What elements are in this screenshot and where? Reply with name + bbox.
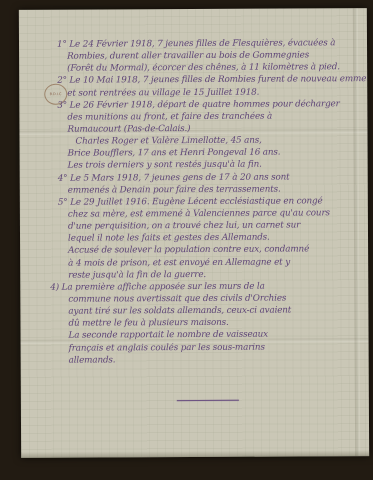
handwritten-text-block: 1° Le 24 Février 1918, 7 jeunes filles d…: [49, 37, 365, 401]
ink-divider: [177, 400, 239, 401]
manuscript-line: 1° Le 24 Février 1918, 7 jeunes filles d…: [49, 37, 363, 51]
manuscript-page: B.D.I.C 1° Le 24 Février 1918, 7 jeunes …: [19, 8, 369, 458]
paper-edge-shadow: [21, 450, 369, 458]
manuscript-line: chez sa mère, est emmené à Valenciennes …: [50, 207, 364, 221]
scanned-document: B.D.I.C 1° Le 24 Février 1918, 7 jeunes …: [0, 0, 373, 480]
manuscript-line: 2° Le 10 Mai 1918, 7 jeunes filles de Ro…: [49, 74, 363, 88]
manuscript-line: 3° Le 26 Février 1918, départ de quatre …: [49, 98, 363, 112]
manuscript-line: allemands.: [51, 353, 365, 367]
